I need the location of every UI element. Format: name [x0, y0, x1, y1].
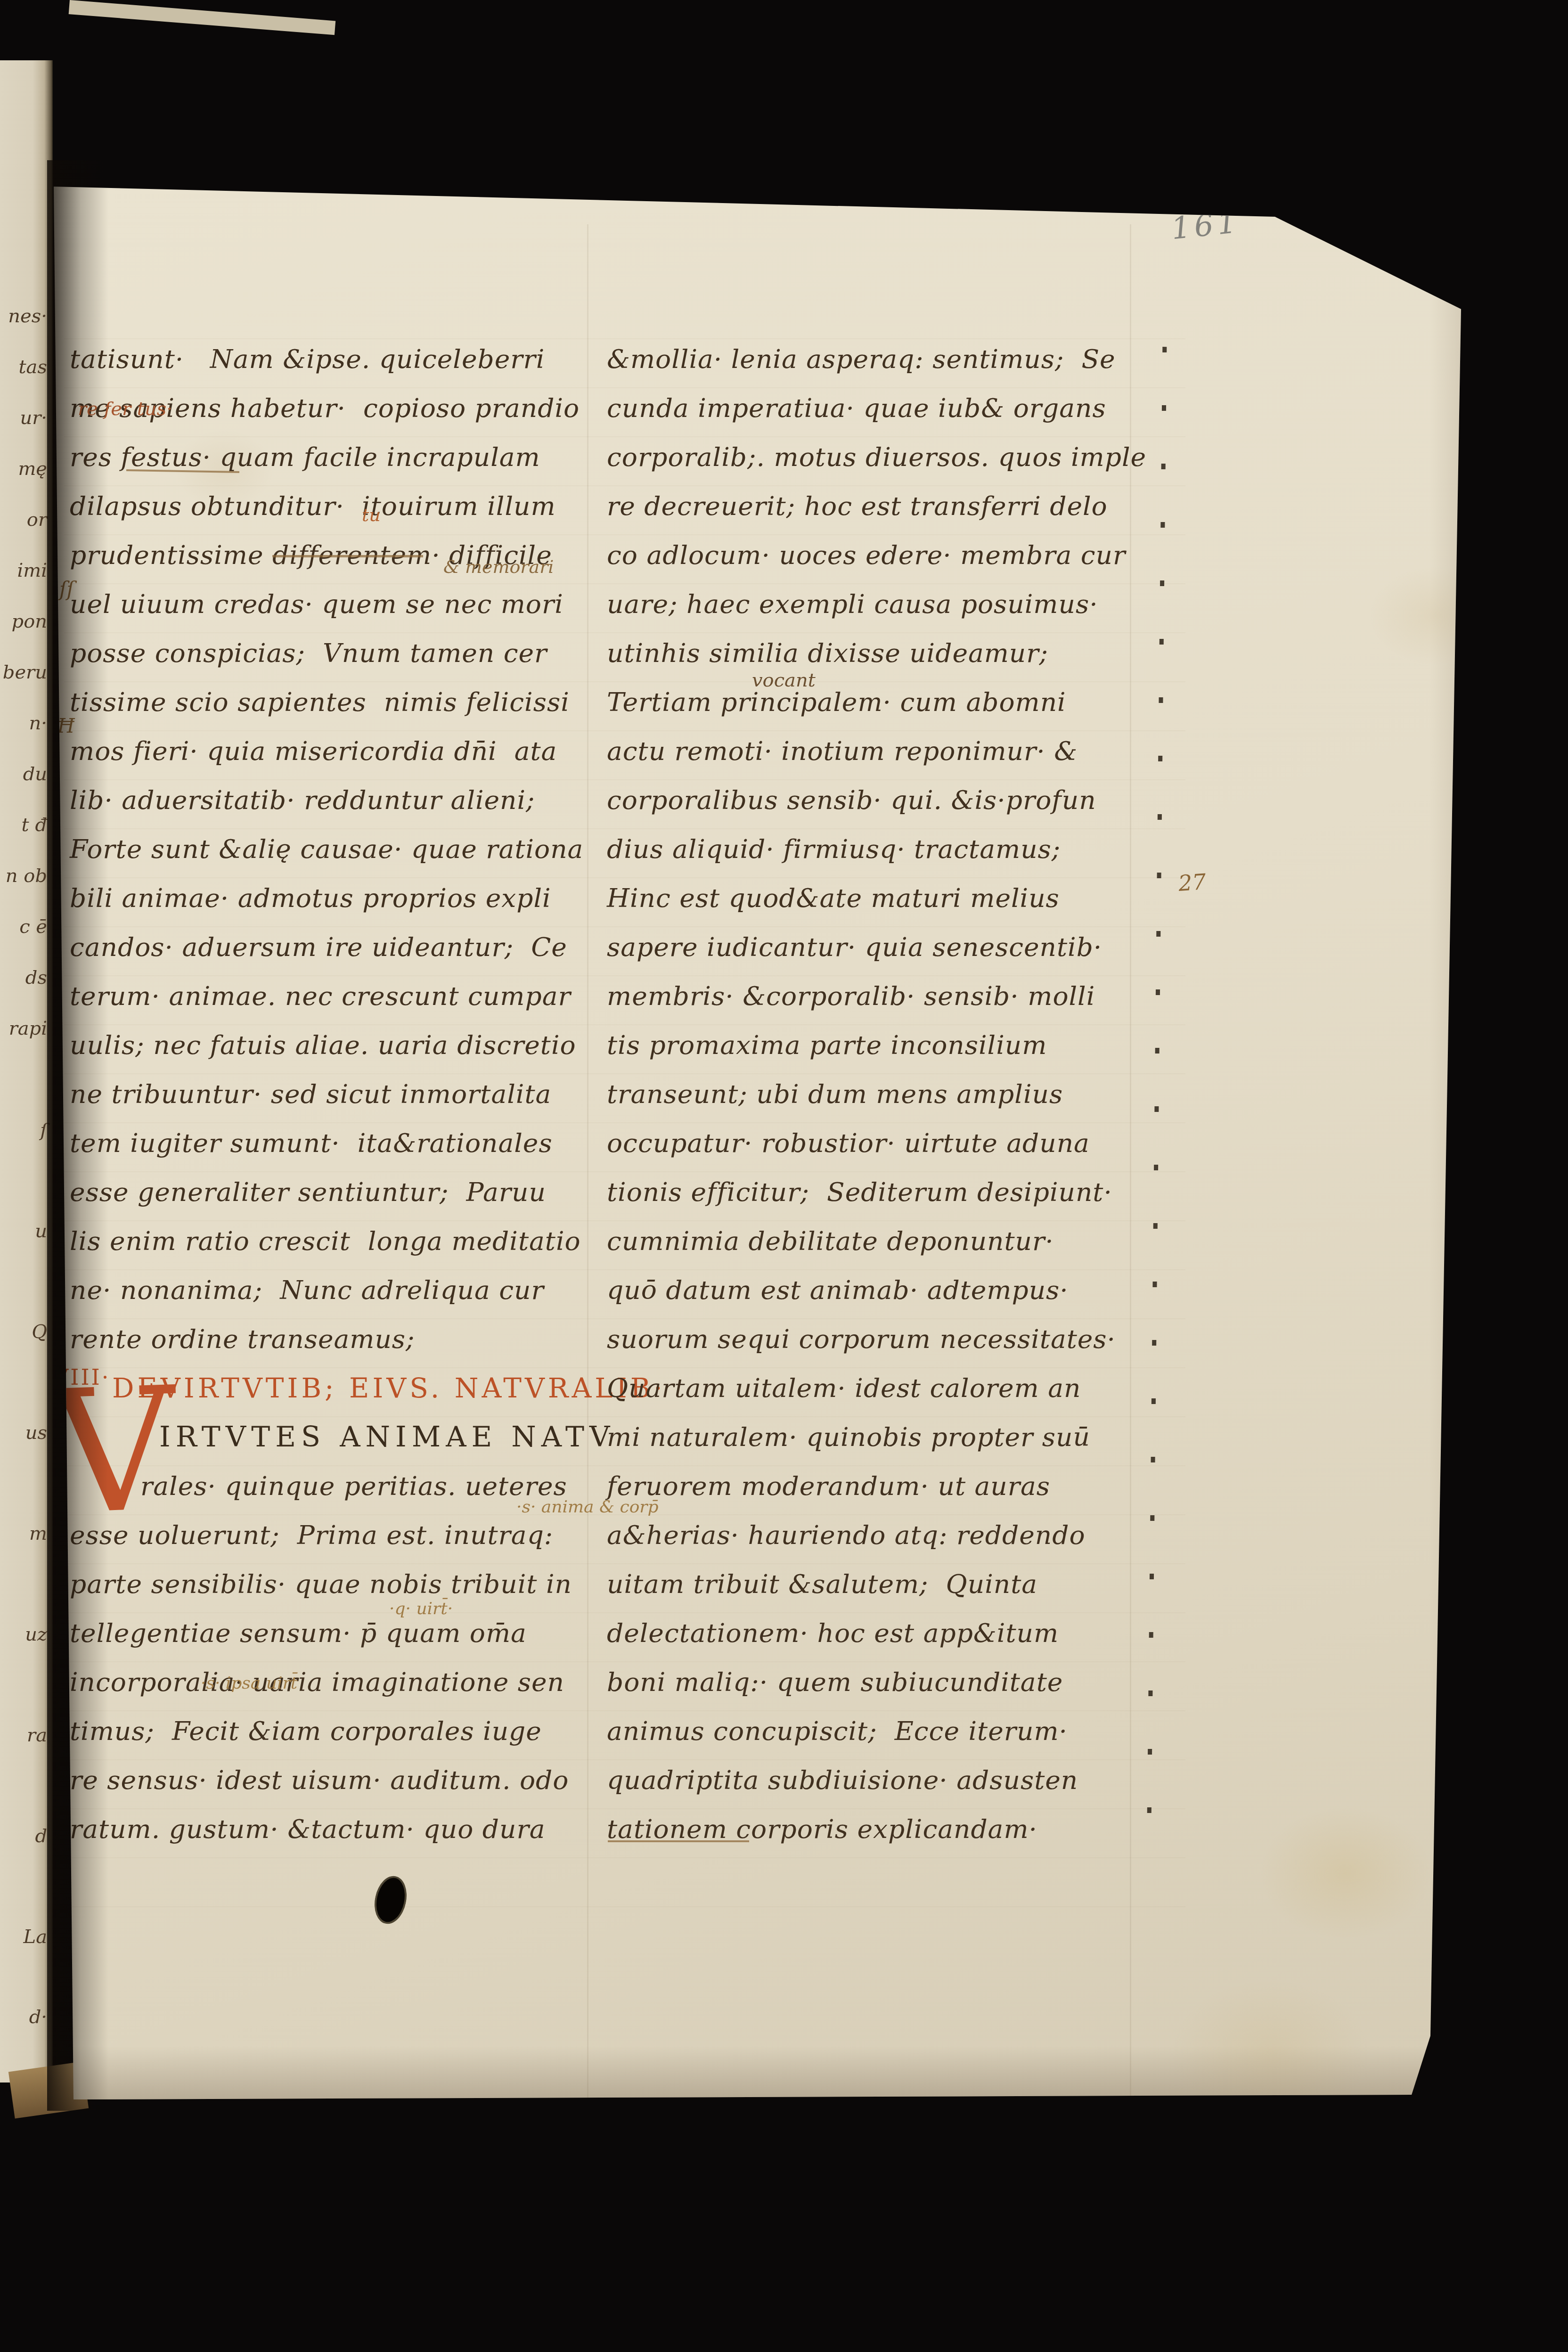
facing-page-text-fragment: pon: [12, 611, 47, 632]
manuscript-line: ne tribuuntur· sed sicut inmortalita: [70, 1070, 586, 1119]
manuscript-photo: nes·tasur·męorimiponberun·dut đn obc ēds…: [0, 0, 1568, 2352]
facing-page-text-fragment: uz: [25, 1624, 47, 1645]
facing-page-text-fragment: Q: [32, 1321, 47, 1343]
manuscript-line: terum· animae. nec crescunt cumpar: [70, 972, 586, 1021]
manuscript-line: ne· nonanima; Nunc adreliqua cur: [70, 1266, 586, 1315]
manuscript-line: parte sensibilis· quae nobis tribuit in: [70, 1560, 586, 1609]
gloss-vocant: vocant: [752, 670, 816, 691]
facing-page-text-fragment: rapi: [9, 1018, 47, 1039]
manuscript-line: mi naturalem· quinobis propter suū: [607, 1413, 1139, 1462]
manuscript-line: ratum. gustum· &tactum· quo dura: [70, 1805, 586, 1854]
manuscript-line: Quartam uitalem· idest calorem an: [607, 1364, 1139, 1413]
manuscript-line: lis enim ratio crescit longa meditatio: [70, 1217, 586, 1266]
manuscript-line: candos· aduersum ire uideantur; Ce: [70, 923, 586, 972]
margin-nota-mark-2: Ħ: [57, 714, 75, 737]
manuscript-line: actu remoti· inotium reponimur· &: [607, 727, 1139, 776]
manuscript-line: delectationem· hoc est app&itum: [607, 1609, 1139, 1658]
facing-page-text-fragment: ur·: [20, 407, 47, 429]
manuscript-line: animus concupiscit; Ecce iterum·: [607, 1707, 1139, 1756]
manuscript-line: membris· &corporalib· sensib· molli: [607, 972, 1139, 1021]
facing-page-text-fragment: d: [35, 1825, 47, 1847]
manuscript-line: Hinc est quod&ate maturi melius: [607, 874, 1139, 923]
manuscript-line: feruorem moderandum· ut auras: [607, 1462, 1139, 1511]
manuscript-line: IRTVTES ANIMAE NATV: [159, 1413, 586, 1462]
manuscript-line: tionis efficitur; Sediterum desipiunt·: [607, 1168, 1139, 1217]
facing-page-edge: nes·tasur·męorimiponberun·dut đn obc ēds…: [0, 60, 53, 2082]
gloss-memorari: & memorari: [443, 556, 554, 577]
manuscript-line: uare; haec exempli causa posuimus·: [607, 580, 1139, 629]
facing-page-text-fragment: d·: [29, 2006, 47, 2028]
manuscript-line: posse conspicias; Vnum tamen cer: [70, 629, 586, 678]
manuscript-line: lib· aduersitatib· redduntur alieni;: [70, 776, 586, 825]
manuscript-line: res festus· quam facile incrapulam: [70, 433, 586, 482]
manuscript-line: transeunt; ubi dum mens amplius: [607, 1070, 1139, 1119]
manuscript-line: quō datum est animab· adtempus·: [607, 1266, 1139, 1315]
facing-page-text-fragment: tas: [19, 356, 47, 378]
underline-tationem: [608, 1840, 749, 1842]
manuscript-line: timus; Fecit &iam corporales iuge: [70, 1707, 586, 1756]
manuscript-line: Tertiam principalem· cum abomni: [607, 678, 1139, 727]
manuscript-line: uulis; nec fatuis aliae. uaria discretio: [70, 1021, 586, 1070]
facing-page-text-fragment: ſ: [40, 1119, 47, 1141]
facing-page-text-fragment: or: [27, 509, 47, 531]
facing-page-text-fragment: nes·: [8, 305, 47, 327]
manuscript-line: co adlocum· uoces edere· membra cur: [607, 531, 1139, 580]
expunction-differentem: [272, 555, 423, 557]
manuscript-line: tissime scio sapientes nimis felicissi: [70, 678, 586, 727]
manuscript-line: sapere iudicantur· quia senescentib·: [607, 923, 1139, 972]
facing-page-text-fragment: n·: [29, 712, 47, 734]
facing-page-text-fragment: du: [23, 763, 47, 785]
facing-page-top-edge: [69, 0, 336, 35]
manuscript-line: dius aliquid· firmiusq· tractamus;: [607, 825, 1139, 874]
right-text-column: &mollia· lenia asperaq: sentimus; Secund…: [607, 335, 1139, 1854]
manuscript-line: tellegentiae sensum· p̄ quam om̄a: [70, 1609, 586, 1658]
gloss-s-anima-et-corp: ·s· anima & corp̄: [516, 1497, 659, 1517]
facing-page-text-fragment: m: [29, 1523, 47, 1544]
manuscript-line: a&herias· hauriendo atq: reddendo: [607, 1511, 1139, 1560]
manuscript-line: utinhis similia dixisse uideamur;: [607, 629, 1139, 678]
manuscript-line: incorporalia· uaria imaginatione sen: [70, 1658, 586, 1707]
manuscript-line: &mollia· lenia asperaq: sentimus; Se: [607, 335, 1139, 384]
facing-page-text-fragment: t đ: [22, 814, 47, 836]
manuscript-line: uel uiuum credas· quem se nec mori: [70, 580, 586, 629]
manuscript-line: DEVIRTVTIB; EIVS. NATVRALIB·: [112, 1364, 586, 1413]
facing-page-text-fragment: us: [25, 1422, 47, 1444]
manuscript-line: cunda imperatiua· quae iub& organs: [607, 384, 1139, 433]
gloss-s-ipsa-uirt: ·s· ipsa uirt̄: [201, 1674, 297, 1693]
manuscript-line: Forte sunt &alię causae· quae rationa: [70, 825, 586, 874]
manuscript-line: re decreuerit; hoc est transferri delo: [607, 482, 1139, 531]
facing-page-text-fragment: mę: [18, 458, 47, 480]
manuscript-line: corporalib;. motus diuersos. quos imple: [607, 433, 1139, 482]
manuscript-line: bili animae· admotus proprios expli: [70, 874, 586, 923]
manuscript-line: mos fieri· quia misericordia dn̄i ata: [70, 727, 586, 776]
manuscript-line: dilapsus obtunditur· itouirum illum: [70, 482, 586, 531]
manuscript-page: 161 tatisunt· Nam &ipse. quiceleberrime …: [45, 168, 1487, 2104]
quire-mark-27: 27: [1177, 869, 1207, 896]
facing-page-text-fragment: La: [24, 1926, 47, 1948]
manuscript-line: esse generaliter sentiuntur; Paruu: [70, 1168, 586, 1217]
manuscript-line: suorum sequi corporum necessitates·: [607, 1315, 1139, 1364]
manuscript-line: corporalibus sensib· qui. &is·profun: [607, 776, 1139, 825]
chapter-number-viii: VIII·: [53, 1364, 110, 1390]
facing-page-text-fragment: imi: [17, 560, 47, 581]
column-crease: [587, 224, 588, 2175]
manuscript-line: tem iugiter sumunt· ita&rationales: [70, 1119, 586, 1168]
facing-page-text-fragment: c ē: [19, 916, 47, 938]
manuscript-line: occupatur· robustior· uirtute aduna: [607, 1119, 1139, 1168]
manuscript-line: quadriptita subdiuisione· adsusten: [607, 1756, 1139, 1805]
folio-number: 161: [1170, 205, 1242, 247]
manuscript-line: re sensus· idest uisum· auditum. odo: [70, 1756, 586, 1805]
manuscript-line: cumnimia debilitate deponuntur·: [607, 1217, 1139, 1266]
gloss-q-uirt: ·q· uirt̄·: [389, 1599, 453, 1618]
facing-page-text-fragment: n ob: [6, 865, 47, 887]
manuscript-line: tationem corporis explicandam·: [607, 1805, 1139, 1854]
manuscript-line: uitam tribuit &salutem; Quinta: [607, 1560, 1139, 1609]
gloss-tu: tu: [362, 505, 381, 525]
manuscript-line: tatisunt· Nam &ipse. quiceleberri: [70, 335, 586, 384]
margin-nota-mark-1: ſſ: [59, 578, 74, 601]
facing-page-text-fragment: beru: [3, 661, 47, 683]
manuscript-line: tis promaxima parte inconsilium: [607, 1021, 1139, 1070]
decorated-initial-v: V: [50, 1372, 178, 1532]
facing-page-text-fragment: ds: [25, 967, 47, 988]
facing-page-text-fragment: ra: [27, 1724, 47, 1746]
manuscript-line: boni maliq:· quem subiucunditate: [607, 1658, 1139, 1707]
facing-page-text-fragment: u: [35, 1220, 47, 1242]
gloss-refertus: re fer tus·: [78, 398, 172, 420]
